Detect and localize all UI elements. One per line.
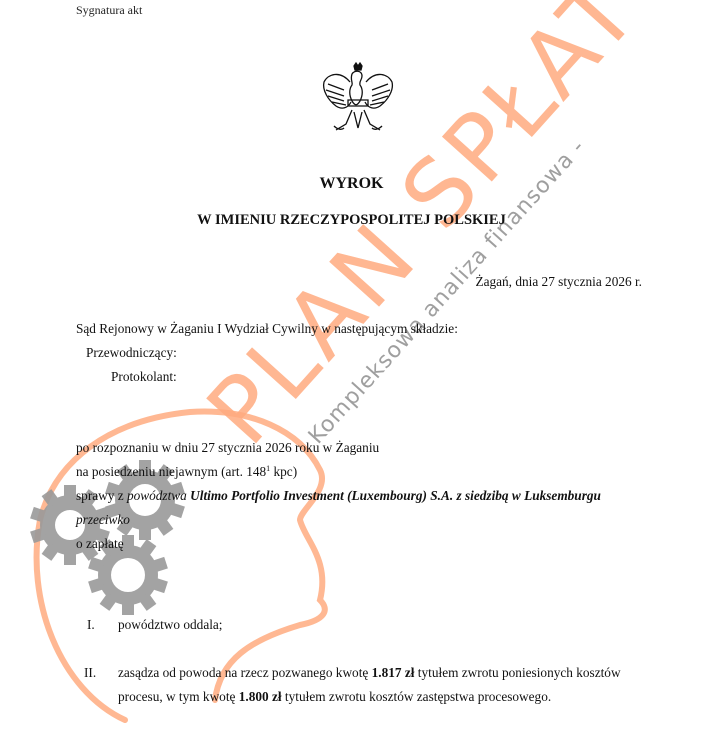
watermark-main-text: PLAN SPŁATY [187,0,700,465]
ruling-text: powództwo oddala; [118,617,223,633]
ruling-text: zasądza od powoda na rzecz pozwanego kwo… [118,665,621,681]
document-title: WYROK [0,175,703,193]
place-date: Żagań, dnia 27 stycznia 2026 r. [475,274,642,290]
polish-eagle-emblem-icon [318,60,398,140]
ruling-text-continued: procesu, w tym kwotę 1.800 zł tytułem zw… [118,689,551,705]
ruling-number: I. [87,617,95,633]
proceedings-line-plaintiff: sprawy z powództwa Ultimo Portfolio Inve… [76,488,601,504]
clerk-label: Protokolant: [111,369,177,385]
case-number-label: Sygnatura akt [76,3,142,18]
proceedings-line-subject: o zapłatę [76,536,124,552]
proceedings-line-date: po rozpoznaniu w dniu 27 stycznia 2026 r… [76,440,379,456]
ruling-number: II. [84,665,96,681]
court-composition: Sąd Rejonowy w Żaganiu I Wydział Cywilny… [76,321,458,337]
proceedings-line-against: przeciwko [76,512,130,528]
presiding-judge-label: Przewodniczący: [86,345,177,361]
proceedings-line-session: na posiedzeniu niejawnym (art. 1481 kpc) [76,464,297,480]
document-subtitle: W IMIENIU RZECZYPOSPOLITEJ POLSKIEJ [0,212,703,229]
